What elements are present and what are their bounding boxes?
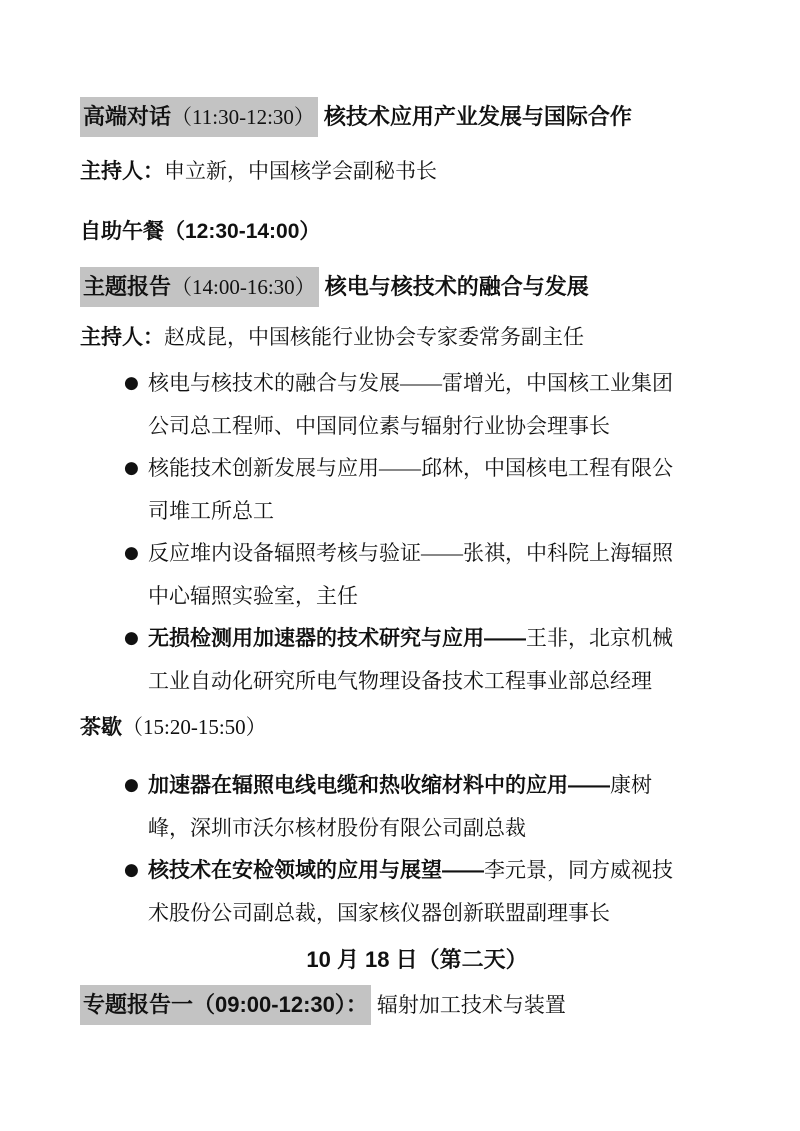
talk-rest: 反应堆内设备辐照考核与验证——张祺，中科院上海辐照 中心辐照实验室，主任 [148,541,673,608]
talk-text: 核能技术创新发展与应用——邱林，中国核电工程有限公 司堆工所总工 [148,447,720,532]
dialogue-title: 核技术应用产业发展与国际合作 [324,104,632,129]
talk-text: 加速器在辐照电线电缆和热收缩材料中的应用——康树 峰，深圳市沃尔核材股份有限公司… [148,764,720,849]
moderator-name: 赵成昆，中国核能行业协会专家委常务副主任 [164,325,584,349]
talk-title-bold: 核技术在安检领域的应用与展望—— [148,859,484,882]
special-session-heading: 专题报告一（09:00-12:30）：辐射加工技术与装置 [80,984,720,1026]
bullet-icon: ● [117,764,148,849]
talk-item: ●核技术在安检领域的应用与展望——李元景，同方威视技 术股份公司副总裁，国家核仪… [80,849,720,934]
lunch-line: 自助午餐（12:30-14:00） [80,211,720,253]
moderator-label: 主持人： [80,160,164,183]
talk-text: 核技术在安检领域的应用与展望——李元景，同方威视技 术股份公司副总裁，国家核仪器… [148,849,720,934]
talk-list-before-break: ●核电与核技术的融合与发展——雷增光，中国核工业集团 公司总工程师、中国同位素与… [80,362,720,702]
talk-item: ●加速器在辐照电线电缆和热收缩材料中的应用——康树 峰，深圳市沃尔核材股份有限公… [80,764,720,849]
keynote-moderator-line: 主持人：赵成昆，中国核能行业协会专家委常务副主任 [80,316,720,359]
special-session-title: 辐射加工技术与装置 [377,993,566,1017]
bullet-icon: ● [117,532,148,617]
keynote-heading: 主题报告（14:00-16:30）核电与核技术的融合与发展 [80,266,720,308]
talk-title-bold: 无损检测用加速器的技术研究与应用—— [148,627,526,650]
talk-text: 无损检测用加速器的技术研究与应用——王非，北京机械 工业自动化研究所电气物理设备… [148,617,720,702]
talk-title-bold: 加速器在辐照电线电缆和热收缩材料中的应用—— [148,774,610,797]
dialogue-label: 高端对话 [83,104,171,129]
special-session-highlight: 专题报告一（09:00-12:30）： [80,985,371,1025]
talk-list-after-break: ●加速器在辐照电线电缆和热收缩材料中的应用——康树 峰，深圳市沃尔核材股份有限公… [80,764,720,934]
tea-break-line: 茶歇（15:20-15:50） [80,706,720,749]
dialogue-time: （11:30-12:30） [171,105,315,129]
moderator-label: 主持人： [80,326,164,349]
bullet-icon: ● [117,362,148,447]
talk-text: 核电与核技术的融合与发展——雷增光，中国核工业集团 公司总工程师、中国同位素与辐… [148,362,720,447]
talk-text: 反应堆内设备辐照考核与验证——张祺，中科院上海辐照 中心辐照实验室，主任 [148,532,720,617]
dialogue-moderator-line: 主持人：申立新，中国核学会副秘书长 [80,150,720,193]
keynote-highlight: 主题报告（14:00-16:30） [80,267,319,307]
bullet-icon: ● [117,849,148,934]
day2-heading: 10 月 18 日（第二天） [80,939,720,981]
bullet-icon: ● [117,447,148,532]
talk-rest: 核电与核技术的融合与发展——雷增光，中国核工业集团 公司总工程师、中国同位素与辐… [148,371,673,438]
dialogue-highlight: 高端对话（11:30-12:30） [80,97,318,137]
document-page: 高端对话（11:30-12:30）核技术应用产业发展与国际合作 主持人：申立新，… [0,0,800,1131]
tea-break-time: （15:20-15:50） [122,715,267,739]
dialogue-heading: 高端对话（11:30-12:30）核技术应用产业发展与国际合作 [80,96,720,138]
keynote-title: 核电与核技术的融合与发展 [325,274,589,299]
tea-break-label: 茶歇 [80,716,122,739]
keynote-time: （14:00-16:30） [171,275,316,299]
talk-item: ●反应堆内设备辐照考核与验证——张祺，中科院上海辐照 中心辐照实验室，主任 [80,532,720,617]
talk-item: ●无损检测用加速器的技术研究与应用——王非，北京机械 工业自动化研究所电气物理设… [80,617,720,702]
keynote-label: 主题报告 [83,274,171,299]
moderator-name: 申立新，中国核学会副秘书长 [164,159,437,183]
talk-item: ●核能技术创新发展与应用——邱林，中国核电工程有限公 司堆工所总工 [80,447,720,532]
talk-item: ●核电与核技术的融合与发展——雷增光，中国核工业集团 公司总工程师、中国同位素与… [80,362,720,447]
talk-rest: 核能技术创新发展与应用——邱林，中国核电工程有限公 司堆工所总工 [148,456,673,523]
bullet-icon: ● [117,617,148,702]
